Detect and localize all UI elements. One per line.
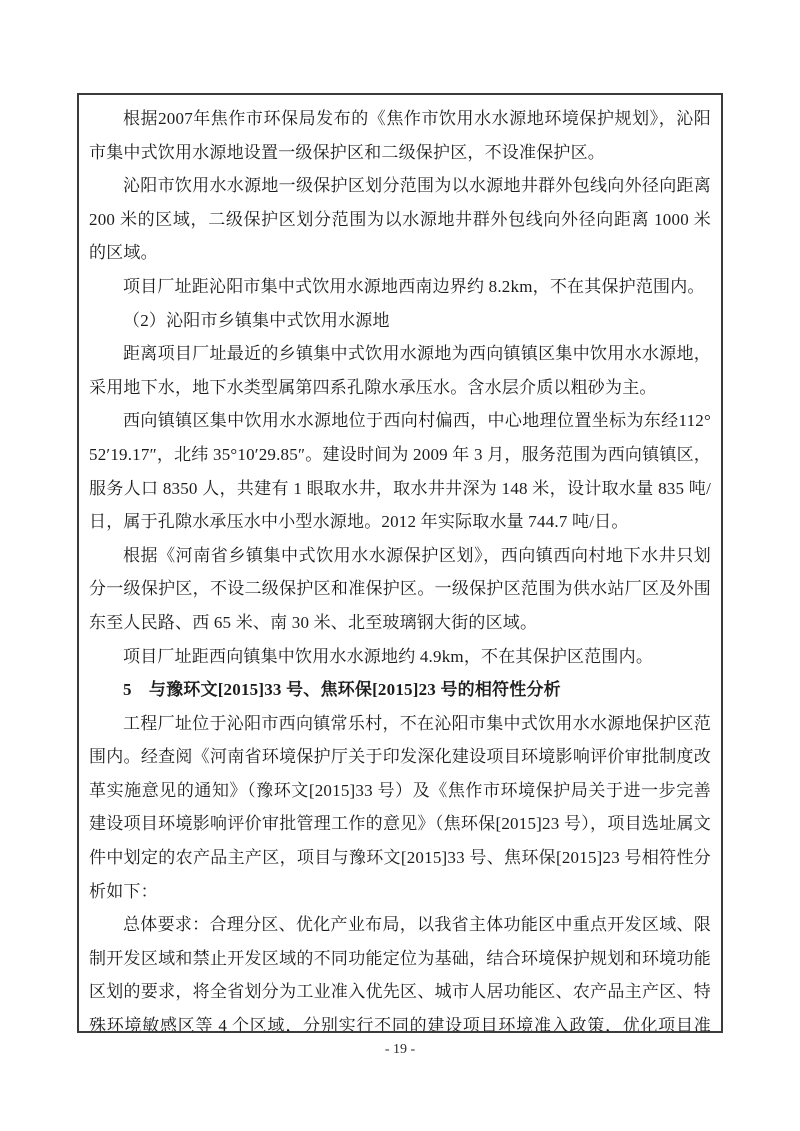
- paragraph: 项目厂址距西向镇集中饮用水水源地约 4.9km，不在其保护区范围内。: [89, 640, 711, 674]
- paragraph: 根据《河南省乡镇集中式饮用水水源保护区划》，西向镇西向村地下水井只划分一级保护区…: [89, 539, 711, 640]
- paragraph: 根据2007年焦作市环保局发布的《焦作市饮用水水源地环境保护规划》，沁阳市集中式…: [89, 102, 711, 169]
- paragraph: （2）沁阳市乡镇集中式饮用水源地: [89, 304, 711, 338]
- page-number: - 19 -: [0, 1040, 800, 1060]
- paragraph: 总体要求：合理分区、优化产业布局，以我省主体功能区中重点开发区域、限制开发区域和…: [89, 908, 711, 1033]
- document-body: 根据2007年焦作市环保局发布的《焦作市饮用水水源地环境保护规划》，沁阳市集中式…: [89, 102, 711, 1033]
- paragraph: 西向镇镇区集中饮用水水源地位于西向村偏西，中心地理位置坐标为东经112°52′1…: [89, 404, 711, 538]
- document-frame: 根据2007年焦作市环保局发布的《焦作市饮用水水源地环境保护规划》，沁阳市集中式…: [77, 93, 723, 1033]
- paragraph: 项目厂址距沁阳市集中式饮用水源地西南边界约 8.2km，不在其保护范围内。: [89, 270, 711, 304]
- paragraph: 沁阳市饮用水水源地一级保护区划分范围为以水源地井群外包线向外径向距离 200 米…: [89, 169, 711, 270]
- paragraph: 距离项目厂址最近的乡镇集中式饮用水源地为西向镇镇区集中饮用水水源地，采用地下水，…: [89, 337, 711, 404]
- paragraph: 工程厂址位于沁阳市西向镇常乐村，不在沁阳市集中式饮用水水源地保护区范围内。经查阅…: [89, 707, 711, 909]
- section-heading: 5 与豫环文[2015]33 号、焦环保[2015]23 号的相符性分析: [89, 673, 711, 707]
